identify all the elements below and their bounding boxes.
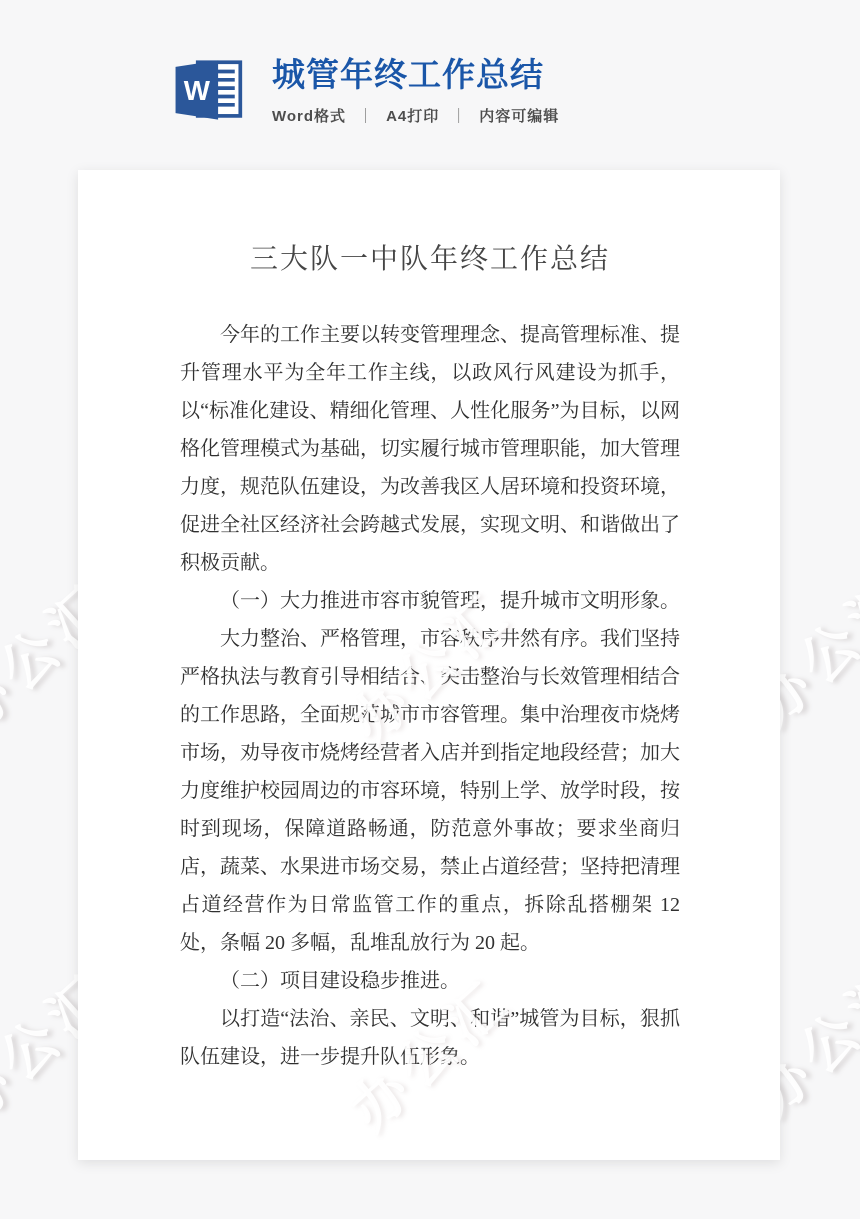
meta-separator: ｜	[451, 108, 467, 125]
meta-editable: 内容可编辑	[479, 108, 559, 125]
page-header: W 城管年终工作总结 Word格式｜A4打印｜内容可编辑	[170, 56, 559, 126]
meta-print: A4打印	[386, 108, 439, 125]
paragraph-intro: 今年的工作主要以转变管理理念、提高管理标准、提升管理水平为全年工作主线，以政风行…	[180, 316, 680, 582]
meta-separator: ｜	[358, 108, 374, 125]
document-preview-page: 三大队一中队年终工作总结 今年的工作主要以转变管理理念、提高管理标准、提升管理水…	[78, 170, 780, 1160]
meta-format: Word格式	[272, 108, 346, 125]
paragraph-section-1-heading: （一）大力推进市容市貌管理，提升城市文明形象。	[180, 582, 680, 620]
paragraph-section-2-body: 以打造“法治、亲民、文明、和谐”城管为目标，狠抓队伍建设，进一步提升队伍形象。	[180, 1000, 680, 1076]
header-text: 城管年终工作总结 Word格式｜A4打印｜内容可编辑	[272, 56, 559, 126]
document-title-link[interactable]: 城管年终工作总结	[272, 56, 559, 94]
paragraph-section-2-heading: （二）项目建设稳步推进。	[180, 962, 680, 1000]
document-heading: 三大队一中队年终工作总结	[180, 240, 680, 280]
document-body: 今年的工作主要以转变管理理念、提高管理标准、提升管理水平为全年工作主线，以政风行…	[180, 316, 680, 1076]
paragraph-section-1-body: 大力整治、严格管理，市容秩序井然有序。我们坚持严格执法与教育引导相结合、突击整治…	[180, 620, 680, 962]
word-icon-letter: W	[184, 75, 211, 106]
word-file-icon: W	[170, 56, 244, 124]
document-meta: Word格式｜A4打印｜内容可编辑	[272, 105, 559, 126]
